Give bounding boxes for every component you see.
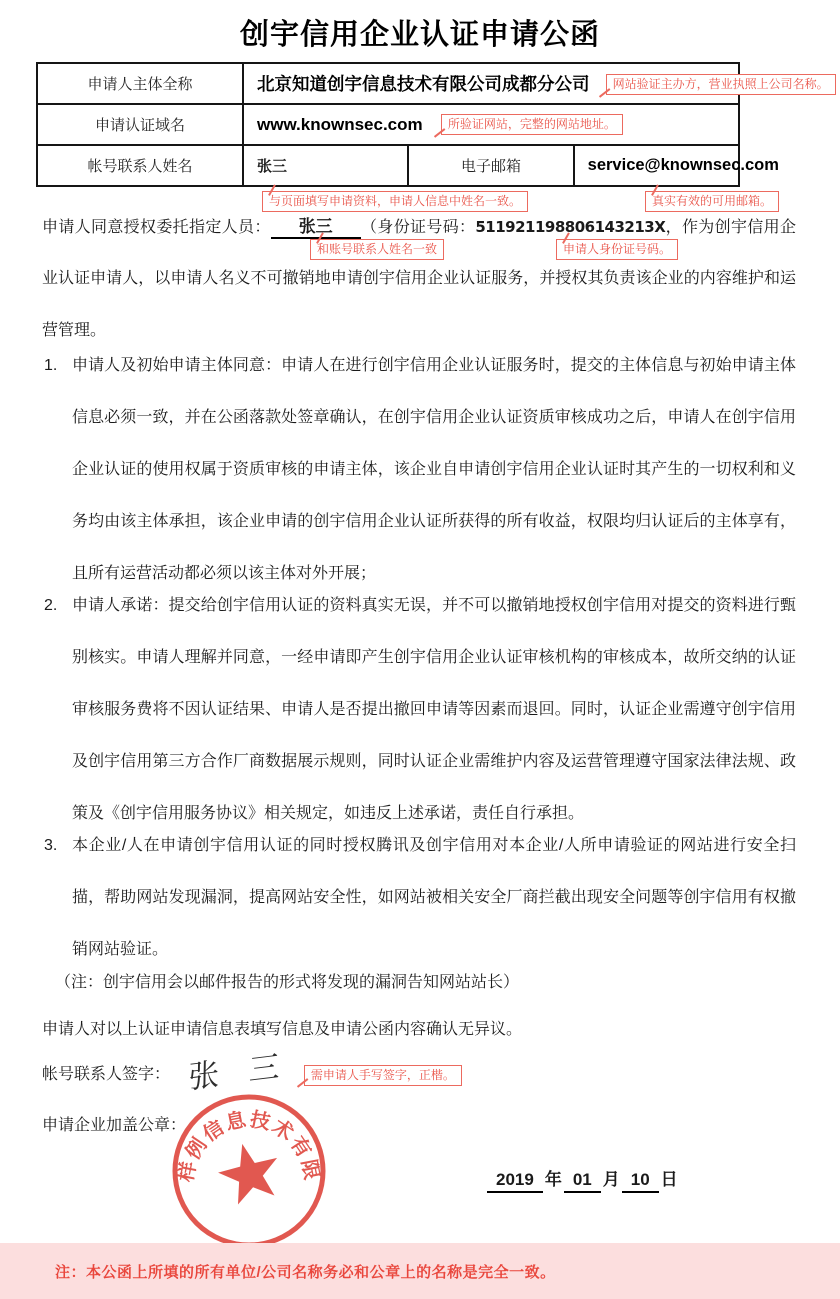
row-label-company: 申请人主体全称	[37, 63, 243, 104]
term-number: 1.	[44, 340, 57, 392]
term-line: 申请人承诺：提交给创宇信用认证的资料真实无误，并不可以撤销地授权创宇信用对提交的…	[72, 580, 796, 632]
annotation-callout-id-number: 申请人身份证号码。	[556, 239, 678, 260]
footer-note-band: 注：本公函上所填的所有单位/公司名称务必和公章上的名称是完全一致。	[0, 1243, 840, 1299]
row-value-domain-cell: www.knownsec.com 所验证网站，完整的网站地址。	[243, 104, 739, 145]
term-number: 3.	[44, 820, 57, 872]
date-row: 2019年01月10日	[487, 1154, 680, 1206]
company-seal-stamp: 成都样例信息技术有限公司	[163, 1083, 335, 1255]
company-name: 北京知道创宇信息技术有限公司成都分公司	[257, 74, 590, 94]
date-month-unit: 月	[601, 1170, 622, 1189]
applicant-info-table: 申请人主体全称 北京知道创宇信息技术有限公司成都分公司 网站验证主办方，营业执照…	[36, 62, 740, 187]
term-line: 申请人及初始申请主体同意：申请人在进行创宇信用企业认证服务时，提交的主体信息与初…	[72, 340, 796, 392]
intro-tail: ，作为创宇信用企	[665, 219, 796, 236]
term-line: 务均由该主体承担，该企业申请的创宇信用企业认证所获得的所有收益，权限均归认证后的…	[72, 496, 796, 548]
signature-label: 帐号联系人签字：	[42, 1049, 170, 1101]
date-day: 10	[622, 1169, 659, 1193]
annotation-callout-domain: 所验证网站，完整的网站地址。	[441, 114, 623, 135]
contact-name: 张三	[243, 145, 408, 186]
term-item-1: 1. 申请人及初始申请主体同意：申请人在进行创宇信用企业认证服务时，提交的主体信…	[42, 340, 796, 600]
callout-tail-icon	[434, 128, 445, 137]
table-row: 申请人主体全称 北京知道创宇信息技术有限公司成都分公司 网站验证主办方，营业执照…	[37, 63, 739, 104]
application-letter-page: 创宇信用企业认证申请公函 申请人主体全称 北京知道创宇信息技术有限公司成都分公司…	[0, 0, 840, 1299]
callout-text: 需申请人手写签字，正楷。	[311, 1068, 455, 1082]
row-value-company-cell: 北京知道创宇信息技术有限公司成都分公司 网站验证主办方，营业执照上公司名称。	[243, 63, 739, 104]
term-number: 2.	[44, 580, 57, 632]
annotation-callout-company: 网站验证主办方，营业执照上公司名称。	[606, 74, 836, 95]
email-value-cell: service@knownsec.com	[574, 145, 739, 186]
callout-tail-icon	[599, 88, 610, 97]
callout-text: 申请人身份证号码。	[563, 242, 671, 256]
row-label-domain: 申请认证域名	[37, 104, 243, 145]
vulnerability-note: （注：创宇信用会以邮件报告的形式将发现的漏洞告知网站站长）	[42, 957, 519, 1009]
callout-text: 和账号联系人姓名一致	[317, 242, 437, 256]
paragraph-line: 业认证申请人，以申请人名义不可撤销地申请创宇信用企业认证服务，并授权其负责该企业…	[42, 253, 796, 305]
table-row: 帐号联系人姓名 张三 电子邮箱 service@knownsec.com	[37, 145, 739, 186]
row-label-contact: 帐号联系人姓名	[37, 145, 243, 186]
term-line: 审核服务费将不因认证结果、申请人是否提出撤回申请等因素而退回。同时，认证企业需遵…	[72, 684, 796, 736]
date-day-unit: 日	[659, 1170, 680, 1189]
page-title: 创宇信用企业认证申请公函	[0, 12, 840, 53]
table-row: 申请认证域名 www.knownsec.com 所验证网站，完整的网站地址。	[37, 104, 739, 145]
intro-mid: （身份证号码：	[361, 219, 476, 236]
term-line: 信息必须一致，并在公函落款处签章确认，在创宇信用企业认证资质审核成功之后，申请人…	[72, 392, 796, 444]
date-year: 2019	[487, 1169, 543, 1193]
date-month: 01	[564, 1169, 601, 1193]
footer-note-text: 注：本公函上所填的所有单位/公司名称务必和公章上的名称是完全一致。	[55, 1261, 556, 1282]
term-line: 别核实。申请人理解并同意，一经申请即产生创宇信用企业认证审核机构的审核成本，故所…	[72, 632, 796, 684]
seal-star-icon	[213, 1136, 286, 1207]
email-label: 电子邮箱	[408, 145, 573, 186]
term-line: 及创宇信用第三方合作厂商数据展示规则，同时认证企业需维护内容及运营管理遵守国家法…	[72, 736, 796, 788]
authorization-paragraph: 申请人同意授权委托指定人员：张三（身份证号码：51192119880614321…	[42, 201, 796, 357]
term-item-2: 2. 申请人承诺：提交给创宇信用认证的资料真实无误，并不可以撤销地授权创宇信用对…	[42, 580, 796, 840]
date-year-unit: 年	[543, 1170, 564, 1189]
email-address: service@knownsec.com	[588, 156, 779, 174]
callout-text: 网站验证主办方，营业执照上公司名称。	[613, 77, 829, 91]
domain-name: www.knownsec.com	[257, 115, 423, 134]
terms-list: 1. 申请人及初始申请主体同意：申请人在进行创宇信用企业认证服务时，提交的主体信…	[42, 340, 796, 956]
term-line: 描，帮助网站发现漏洞，提高网站安全性，如网站被相关安全厂商拦截出现安全问题等创宇…	[72, 872, 796, 924]
authorized-person-name: 张三	[271, 217, 361, 239]
term-item-3: 3. 本企业/人在申请创宇信用认证的同时授权腾讯及创宇信用对本企业/人所申请验证…	[42, 820, 796, 976]
term-line: 本企业/人在申请创宇信用认证的同时授权腾讯及创宇信用对本企业/人所申请验证的网站…	[72, 820, 796, 872]
callout-text: 所验证网站，完整的网站地址。	[448, 117, 616, 131]
intro-prefix: 申请人同意授权委托指定人员：	[42, 219, 271, 236]
term-line: 企业认证的使用权属于资质审核的申请主体，该企业自申请创宇信用企业认证时其产生的一…	[72, 444, 796, 496]
annotation-callout-auth-name: 和账号联系人姓名一致	[310, 239, 444, 260]
